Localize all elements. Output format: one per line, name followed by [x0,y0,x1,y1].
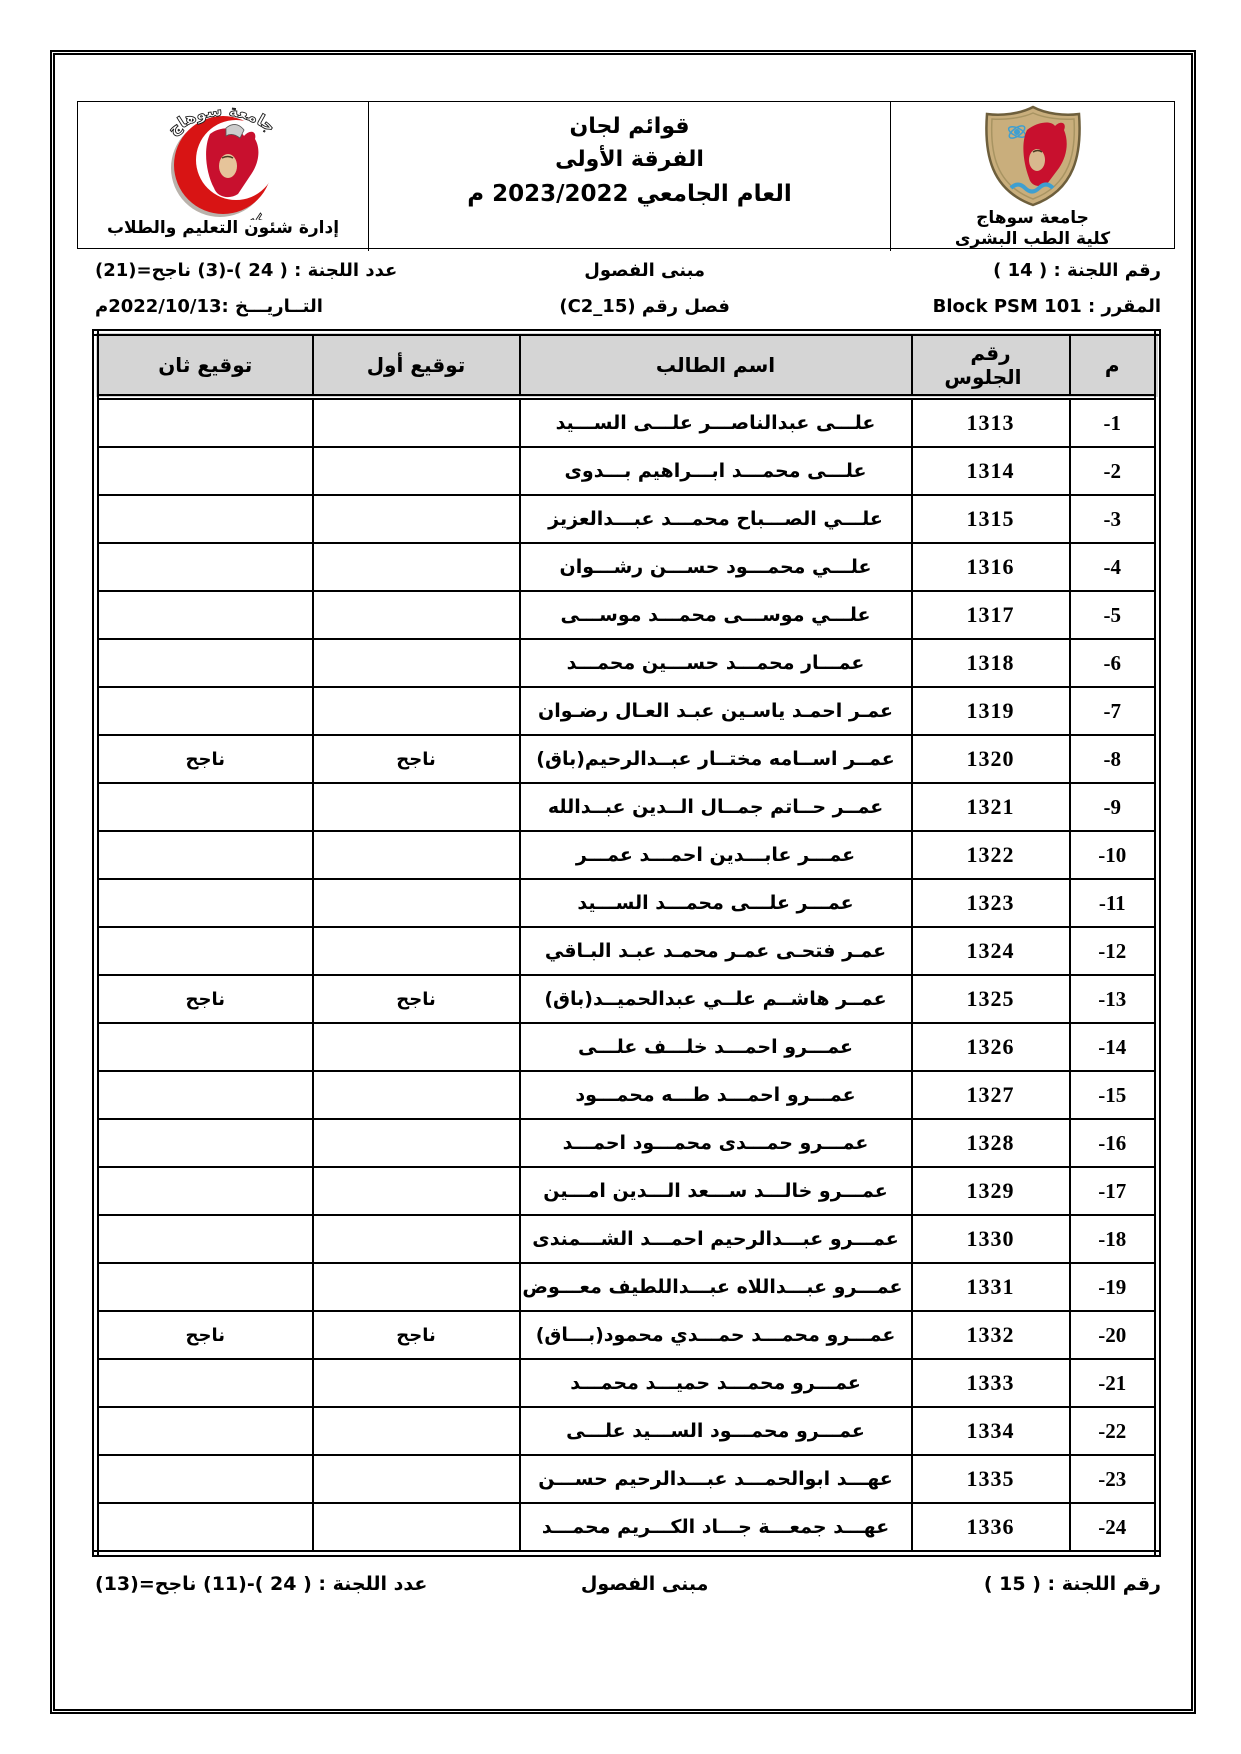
first-signature-cell [313,1503,520,1554]
first-signature-cell [313,1167,520,1215]
building-label: مبنى الفصول [495,257,795,285]
student-name: عمـر فتحـى عمـر محمـد عبـد البـاقي [520,927,912,975]
row-index: -18 [1070,1215,1158,1263]
university-name: جامعة سوهاج [891,208,1174,229]
row-index: -13 [1070,975,1158,1023]
first-signature-cell [313,1455,520,1503]
seat-number: 1318 [912,639,1070,687]
table-header-row: م رقم الجلوس اسم الطالب توقيع أول توقيع … [96,333,1158,398]
second-signature-cell [96,1119,313,1167]
first-signature-cell [313,447,520,495]
seat-number: 1332 [912,1311,1070,1359]
row-index: -1 [1070,397,1158,447]
row-index: -22 [1070,1407,1158,1455]
second-signature-cell [96,543,313,591]
first-signature-cell [313,591,520,639]
university-shield-logo-icon [981,104,1085,208]
room-label: فصل رقم (C2_15) [495,293,795,321]
student-row: -171329عمـــرو خالـــد ســـعد الـــدين ا… [96,1167,1158,1215]
student-name: عمـــرو احمـــد طـــه محمـــود [520,1071,912,1119]
row-index: -8 [1070,735,1158,783]
seat-number: 1317 [912,591,1070,639]
second-signature-cell [96,1455,313,1503]
seat-number: 1315 [912,495,1070,543]
seat-number: 1323 [912,879,1070,927]
seat-number: 1316 [912,543,1070,591]
first-signature-cell [313,1119,520,1167]
first-signature-cell [313,1407,520,1455]
second-signature-cell [96,1359,313,1407]
student-name: علـــى محمـــد ابـــراهيم بـــدوى [520,447,912,495]
title-line-3: العام الجامعي 2023/2022 م [369,176,890,213]
title-line-1: قوائم لجان [369,110,890,143]
student-roster-table: م رقم الجلوس اسم الطالب توقيع أول توقيع … [92,329,1161,1557]
student-name: عمــر اســامه مختــار عبــدالرحيم(باق) [520,735,912,783]
col-header-second-signature: توقيع ثان [96,333,313,398]
student-row: -131325عمــر هاشــم علــي عبدالحميــد(با… [96,975,1158,1023]
row-index: -4 [1070,543,1158,591]
first-signature-cell [313,1023,520,1071]
row-index: -23 [1070,1455,1158,1503]
student-name: عمـــرو محمـــد حميـــد محمـــد [520,1359,912,1407]
student-row: -151327عمـــرو احمـــد طـــه محمـــود [96,1071,1158,1119]
title-line-2: الفرقة الأولى [369,143,890,176]
student-name: عمـــرو خالـــد ســـعد الـــدين امـــين [520,1167,912,1215]
second-signature-cell [96,639,313,687]
student-name: عمـر احمـد ياسـين عبـد العـال رضـوان [520,687,912,735]
footer-building-label: مبنى الفصول [495,1569,795,1599]
student-name: علـــى عبدالناصـــر علـــى الســـيد [520,397,912,447]
row-index: -16 [1070,1119,1158,1167]
row-index: -3 [1070,495,1158,543]
college-crescent-logo-icon: جامعة سوهاج كلية الطب [118,104,328,220]
faculty-name: كلية الطب البشرى [891,229,1174,250]
student-row: -121324عمـر فتحـى عمـر محمـد عبـد البـاق… [96,927,1158,975]
row-index: -21 [1070,1359,1158,1407]
admin-department-label: إدارة شئون التعليم والطلاب [78,218,368,238]
second-signature-cell [96,1215,313,1263]
page-frame: جامعة سوهاج كلية الطب البشرى قوائم لجان … [50,50,1196,1714]
seat-number: 1320 [912,735,1070,783]
second-signature-cell [96,687,313,735]
first-signature-cell [313,1071,520,1119]
student-name: علـــي محمـــود حســـن رشـــوان [520,543,912,591]
first-signature-cell [313,1215,520,1263]
second-signature-cell [96,879,313,927]
student-name: عمــر هاشــم علــي عبدالحميــد(باق) [520,975,912,1023]
student-name: عمـــرو محمـــد حمـــدي محمود(بـــاق) [520,1311,912,1359]
second-signature-cell [96,1167,313,1215]
seat-number: 1327 [912,1071,1070,1119]
student-name: عمـــرو عبـــداللاه عبـــداللطيف معـــوض [520,1263,912,1311]
col-header-index: م [1070,333,1158,398]
first-signature-cell [313,543,520,591]
next-committee-footer: رقم اللجنة : ( 15 ) مبنى الفصول عدد اللج… [95,1569,1161,1599]
seat-number: 1322 [912,831,1070,879]
student-name: عمـــار محمـــد حســـين محمـــد [520,639,912,687]
second-signature-cell [96,1071,313,1119]
student-name: عهـــد جمعـــة جـــاد الكـــريم محمـــد [520,1503,912,1554]
course-label: المقرر : Block PSM 101 [795,293,1161,321]
row-index: -2 [1070,447,1158,495]
row-index: -14 [1070,1023,1158,1071]
student-row: -111323عمـــر علـــى محمـــد الســـيد [96,879,1158,927]
row-index: -12 [1070,927,1158,975]
student-row: -241336عهـــد جمعـــة جـــاد الكـــريم م… [96,1503,1158,1554]
row-index: -17 [1070,1167,1158,1215]
col-header-first-signature: توقيع أول [313,333,520,398]
seat-number: 1336 [912,1503,1070,1554]
seat-number: 1330 [912,1215,1070,1263]
date-label: التــاريـــخ :2022/10/13م [95,293,495,321]
second-signature-cell: ناجح [96,975,313,1023]
admin-header-cell: جامعة سوهاج كلية الطب إدارة شئون التعليم… [78,102,368,251]
second-signature-cell [96,1407,313,1455]
student-row: -71319عمـر احمـد ياسـين عبـد العـال رضـو… [96,687,1158,735]
seat-number: 1326 [912,1023,1070,1071]
student-table-body: -11313علـــى عبدالناصـــر علـــى الســـي… [96,397,1158,1554]
student-name: عمـــر علـــى محمـــد الســـيد [520,879,912,927]
footer-committee-count: عدد اللجنة : ( 24 )-(11) ناجح=(13) [95,1569,495,1599]
first-signature-cell [313,495,520,543]
seat-number: 1319 [912,687,1070,735]
student-row: -11313علـــى عبدالناصـــر علـــى الســـي… [96,397,1158,447]
first-signature-cell [313,397,520,447]
seat-number: 1335 [912,1455,1070,1503]
first-signature-cell [313,783,520,831]
student-name: عمـــرو حمـــدى محمـــود احمـــد [520,1119,912,1167]
student-name: علـــي موســـى محمـــد موســـى [520,591,912,639]
seat-number: 1314 [912,447,1070,495]
student-row: -161328عمـــرو حمـــدى محمـــود احمـــد [96,1119,1158,1167]
seat-number: 1321 [912,783,1070,831]
second-signature-cell [96,447,313,495]
row-index: -5 [1070,591,1158,639]
student-row: -181330عمـــرو عبـــدالرحيم احمـــد الشـ… [96,1215,1158,1263]
row-index: -6 [1070,639,1158,687]
second-signature-cell [96,591,313,639]
committee-info-line: رقم اللجنة : ( 14 ) مبنى الفصول عدد اللج… [95,257,1161,285]
student-row: -21314علـــى محمـــد ابـــراهيم بـــدوى [96,447,1158,495]
title-cell: قوائم لجان الفرقة الأولى العام الجامعي 2… [368,102,890,251]
student-row: -51317علـــي موســـى محمـــد موســـى [96,591,1158,639]
col-header-seat: رقم الجلوس [912,333,1070,398]
seat-number: 1333 [912,1359,1070,1407]
seat-number: 1329 [912,1167,1070,1215]
seat-number: 1324 [912,927,1070,975]
first-signature-cell [313,1359,520,1407]
row-index: -9 [1070,783,1158,831]
student-row: -101322عمـــر عابـــدين احمـــد عمـــر [96,831,1158,879]
student-row: -231335عهـــد ابوالحمـــد عبـــدالرحيم ح… [96,1455,1158,1503]
student-name: عمـــر عابـــدين احمـــد عمـــر [520,831,912,879]
row-index: -19 [1070,1263,1158,1311]
second-signature-cell: ناجح [96,735,313,783]
student-row: -91321عمــر حــاتم جمــال الــدين عبــدا… [96,783,1158,831]
first-signature-cell: ناجح [313,1311,520,1359]
seat-number: 1325 [912,975,1070,1023]
col-header-seat-label: رقم الجلوس [960,341,1022,389]
row-index: -20 [1070,1311,1158,1359]
first-signature-cell: ناجح [313,975,520,1023]
second-signature-cell [96,495,313,543]
student-row: -61318عمـــار محمـــد حســـين محمـــد [96,639,1158,687]
row-index: -10 [1070,831,1158,879]
second-signature-cell [96,1023,313,1071]
first-signature-cell [313,879,520,927]
first-signature-cell [313,927,520,975]
student-row: -41316علـــي محمـــود حســـن رشـــوان [96,543,1158,591]
student-row: -221334عمـــرو محمـــود الســـيد علـــى [96,1407,1158,1455]
student-row: -31315علـــي الصـــباح محمـــد عبـــدالع… [96,495,1158,543]
committee-number: رقم اللجنة : ( 14 ) [795,257,1161,285]
course-info-line: المقرر : Block PSM 101 فصل رقم (C2_15) ا… [95,293,1161,321]
student-row: -81320عمــر اســامه مختــار عبــدالرحيم(… [96,735,1158,783]
seat-number: 1313 [912,397,1070,447]
row-index: -11 [1070,879,1158,927]
student-name: عمـــرو احمـــد خلـــف علـــى [520,1023,912,1071]
student-name: عمــر حــاتم جمــال الــدين عبــدالله [520,783,912,831]
student-name: عمـــرو عبـــدالرحيم احمـــد الشـــمندى [520,1215,912,1263]
first-signature-cell: ناجح [313,735,520,783]
committee-count: عدد اللجنة : ( 24 )-(3) ناجح=(21) [95,257,495,285]
first-signature-cell [313,639,520,687]
first-signature-cell [313,687,520,735]
second-signature-cell [96,927,313,975]
seat-number: 1331 [912,1263,1070,1311]
col-header-name: اسم الطالب [520,333,912,398]
second-signature-cell [96,1503,313,1554]
student-name: عهـــد ابوالحمـــد عبـــدالرحيم حســـن [520,1455,912,1503]
second-signature-cell: ناجح [96,1311,313,1359]
row-index: -24 [1070,1503,1158,1554]
first-signature-cell [313,1263,520,1311]
second-signature-cell [96,397,313,447]
student-row: -141326عمـــرو احمـــد خلـــف علـــى [96,1023,1158,1071]
second-signature-cell [96,831,313,879]
university-header-cell: جامعة سوهاج كلية الطب البشرى [890,102,1174,251]
seat-number: 1328 [912,1119,1070,1167]
row-index: -7 [1070,687,1158,735]
student-row: -211333عمـــرو محمـــد حميـــد محمـــد [96,1359,1158,1407]
student-row: -191331عمـــرو عبـــداللاه عبـــداللطيف … [96,1263,1158,1311]
student-name: عمـــرو محمـــود الســـيد علـــى [520,1407,912,1455]
second-signature-cell [96,1263,313,1311]
first-signature-cell [313,831,520,879]
row-index: -15 [1070,1071,1158,1119]
student-name: علـــي الصـــباح محمـــد عبـــدالعزيز [520,495,912,543]
second-signature-cell [96,783,313,831]
footer-committee-number: رقم اللجنة : ( 15 ) [795,1569,1161,1599]
seat-number: 1334 [912,1407,1070,1455]
student-row: -201332عمـــرو محمـــد حمـــدي محمود(بــ… [96,1311,1158,1359]
document-header: جامعة سوهاج كلية الطب البشرى قوائم لجان … [77,101,1175,249]
